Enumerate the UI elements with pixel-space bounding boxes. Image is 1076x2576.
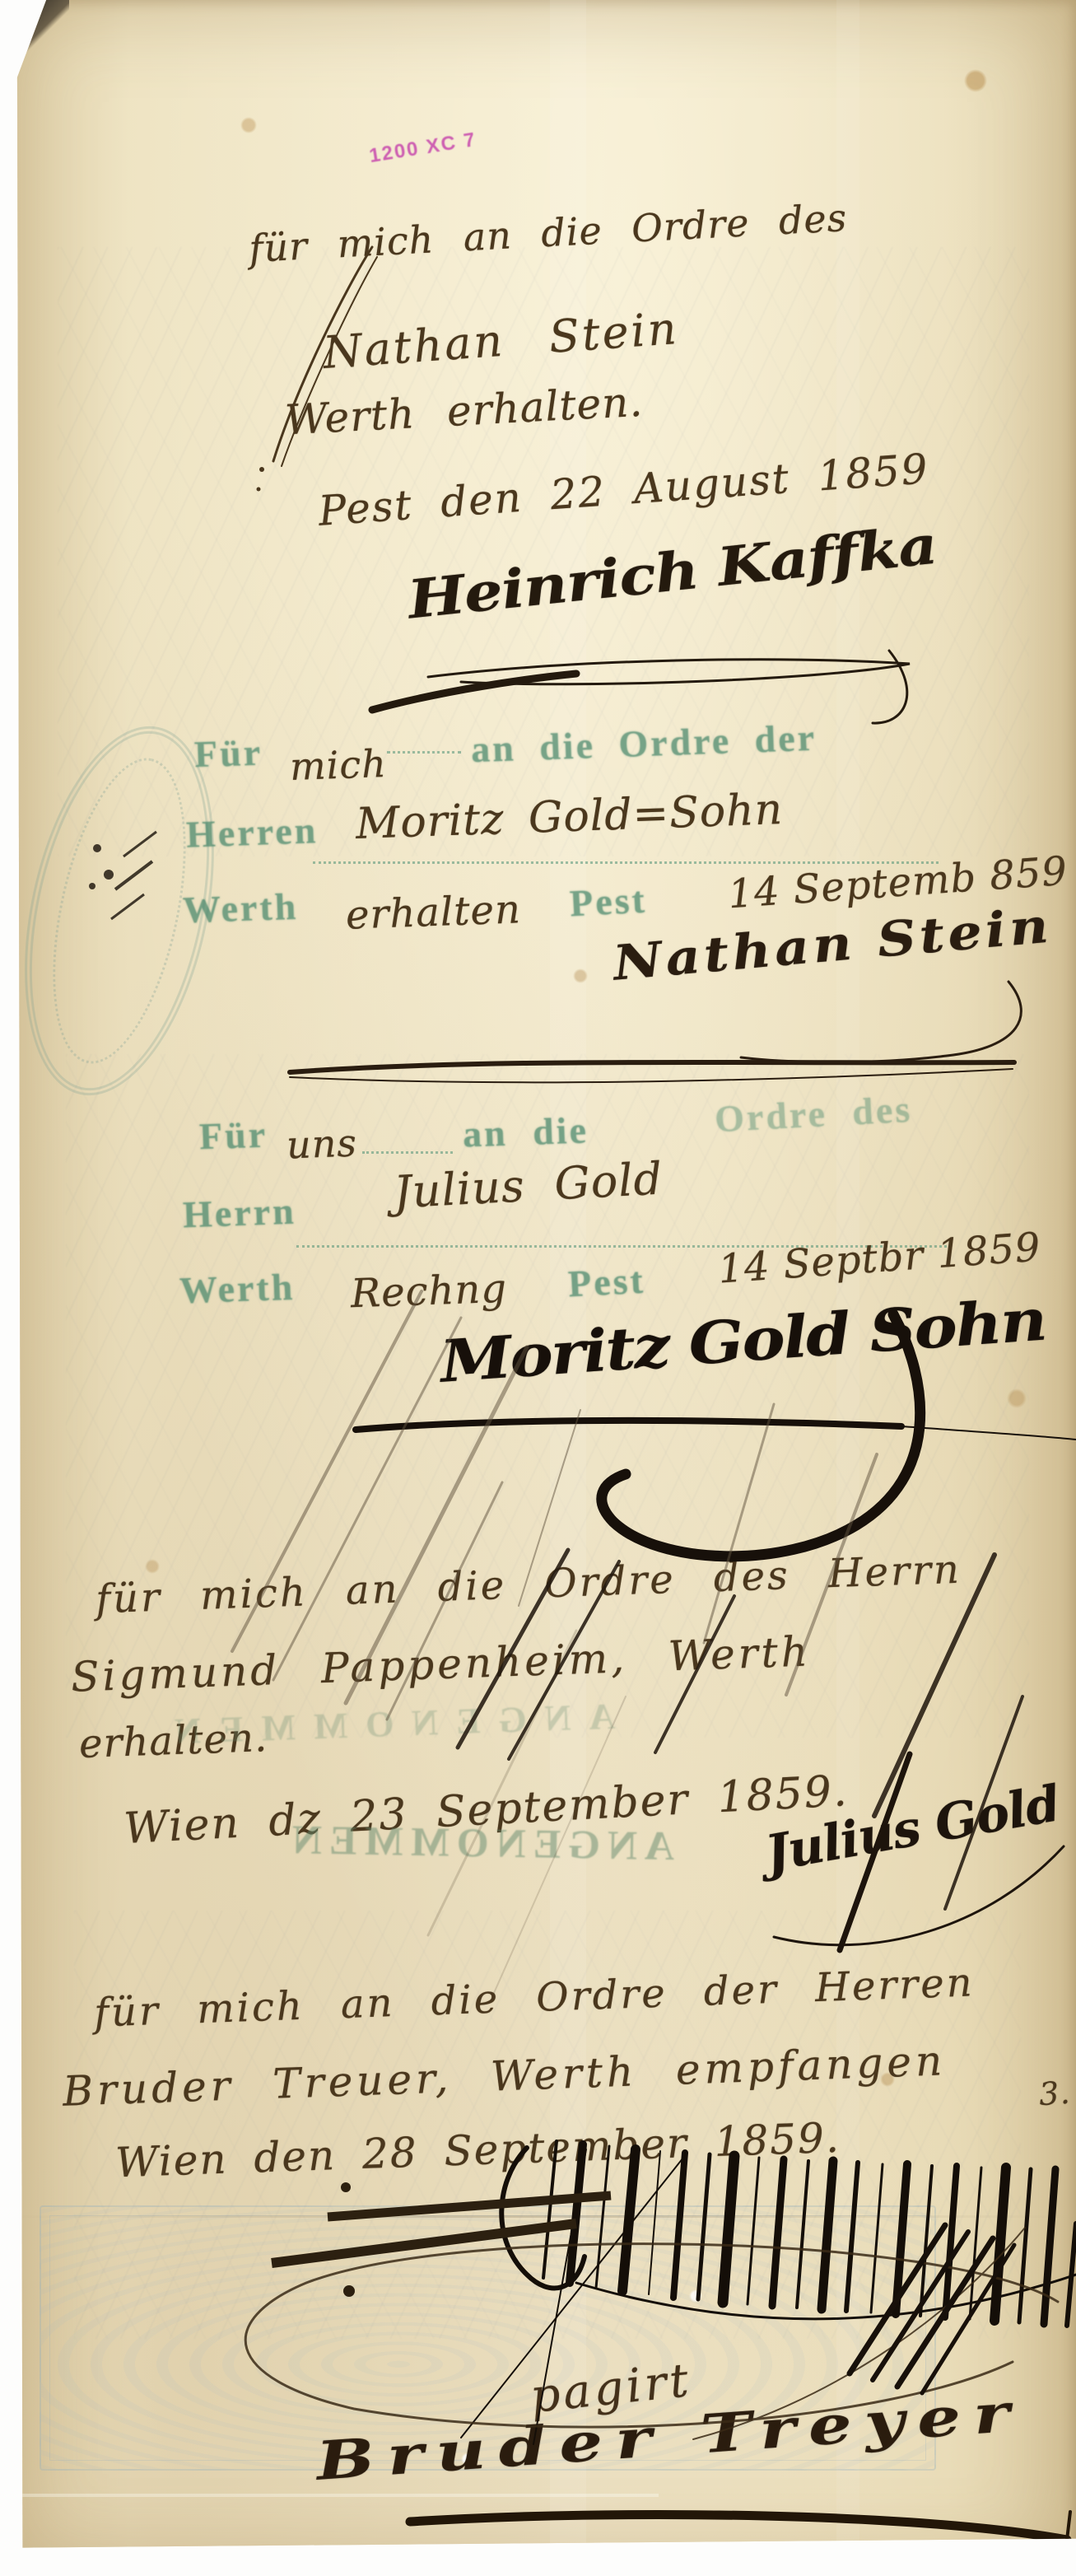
endorsement3-stamp-an-die: an die <box>462 1108 589 1155</box>
angenommen-stamp-mirrored-2: ANGENOMMEN <box>285 1815 675 1869</box>
endorsement2-stamp-herren: Herren <box>185 808 319 856</box>
endorsement2-leader1 <box>387 751 461 754</box>
endorsement5-margin-note: 3. <box>1038 2074 1072 2113</box>
endorsement2-fill-mich: mich <box>289 741 388 789</box>
endorsement3-stamp-pest: Pest <box>567 1258 646 1306</box>
endorsement2-stamp-werth: Werth <box>182 884 299 932</box>
endorsement2-stamp-fuer: Für <box>193 730 263 777</box>
endorsement3-stamp-herrn: Herrn <box>182 1189 296 1237</box>
endorsement3-stamp-fuer: Für <box>198 1113 268 1159</box>
document-scan: 1200 XC 7 für mich an die Ordre des Nath… <box>0 0 1076 2576</box>
aged-paper-sheet: 1200 XC 7 für mich an die Ordre des Nath… <box>0 0 1076 2576</box>
endorsement3-leader1 <box>362 1151 453 1154</box>
endorsement2-stamp-pest: Pest <box>569 878 648 926</box>
endorsement3-fill-rechng: Rechng <box>350 1266 508 1318</box>
endorsement3-stamp-werth: Werth <box>179 1265 296 1313</box>
endorsement3-fill-uns: uns <box>286 1121 358 1168</box>
endorsement2-fill-erhalten: erhalten <box>345 886 522 938</box>
